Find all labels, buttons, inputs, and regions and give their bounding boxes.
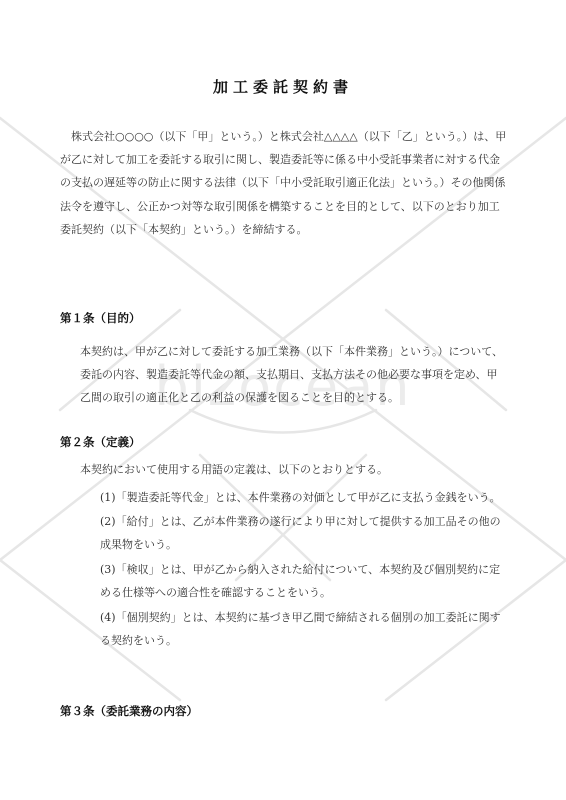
definition-item-3: (3)「検収」とは、甲が乙から納入された給付について、本契約及び個別契約に定める… — [100, 558, 510, 604]
article-1-heading: 第１条（目的） — [60, 310, 141, 326]
article-2-intro: 本契約において使用する用語の定義は、以下のとおりとする。 — [80, 458, 508, 481]
definition-item-4: (4)「個別契約」とは、本契約に基づき甲乙間で締結される個別の加工委託に関する契… — [100, 606, 510, 652]
definition-item-1: (1)「製造委託等代金」とは、本件業務の対価として甲が乙に支払う金銭をいう。 — [100, 486, 510, 509]
document-title: 加工委託契約書 — [0, 76, 566, 97]
preamble-paragraph: 株式会社○○○○（以下「甲」という。）と株式会社△△△△（以下「乙」という。）は… — [60, 125, 508, 241]
article-2-heading: 第２条（定義） — [60, 434, 141, 450]
article-1-body: 本契約は、甲が乙に対して委託する加工業務（以下「本件業務」という。）について、委… — [80, 340, 508, 410]
article-3-heading: 第３条（委託業務の内容） — [60, 703, 198, 719]
document-page: 加工委託契約書 株式会社○○○○（以下「甲」という。）と株式会社△△△△（以下「… — [0, 0, 566, 800]
definition-item-2: (2)「給付」とは、乙が本件業務の遂行により甲に対して提供する加工品その他の成果… — [100, 510, 510, 556]
